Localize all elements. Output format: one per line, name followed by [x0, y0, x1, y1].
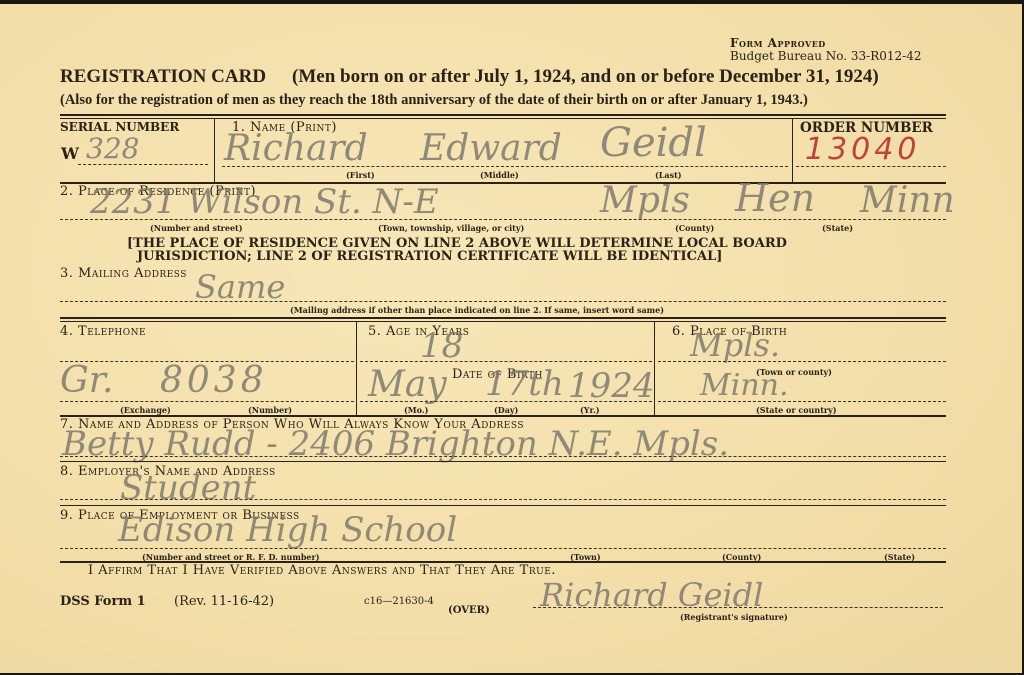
state-country-caption: (State or country)	[756, 405, 837, 415]
employment-value: Edison High School	[118, 510, 457, 550]
divider	[60, 118, 946, 119]
employer-value: Student	[120, 468, 256, 508]
number-caption: (Number)	[248, 405, 292, 415]
order-value: 13040	[805, 132, 920, 167]
field-line	[658, 361, 946, 362]
middle-caption: (Middle)	[480, 170, 519, 180]
residence-town: Mpls	[600, 180, 690, 221]
divider	[60, 461, 946, 462]
field-line	[796, 166, 946, 167]
mailing-caption: (Mailing address if other than place ind…	[290, 305, 664, 315]
telephone-number: 8038	[160, 360, 268, 401]
residence-notice-2: JURISDICTION; LINE 2 OF REGISTRATION CER…	[137, 249, 722, 264]
town-caption: (Town, township, village, or city)	[378, 223, 524, 233]
field-line	[60, 219, 946, 220]
divider	[654, 321, 655, 415]
state-caption: (State)	[822, 223, 853, 233]
form-id: DSS Form 1	[60, 594, 146, 609]
affirmation: I Affirm That I Have Verified Above Answ…	[88, 563, 556, 578]
signature-line	[533, 607, 943, 608]
also-line: (Also for the registration of men as the…	[60, 92, 808, 109]
exchange-caption: (Exchange)	[120, 405, 171, 415]
telephone-exchange: Gr.	[60, 360, 113, 401]
field-line	[60, 301, 946, 302]
card-subtitle: (Men born on or after July 1, 1924, and …	[292, 66, 879, 88]
field-line	[658, 401, 946, 402]
dob-day: 17th	[485, 364, 564, 404]
divider	[792, 118, 793, 182]
mailing-label: 3. Mailing Address	[60, 266, 187, 281]
serial-prefix: W	[61, 144, 79, 163]
telephone-label: 4. Telephone	[60, 324, 146, 339]
residence-state: Minn	[860, 180, 955, 221]
field-line	[360, 401, 652, 402]
name-first: Richard	[224, 128, 368, 169]
field-line	[60, 456, 946, 457]
name-middle: Edward	[420, 128, 562, 169]
form-approved: Form Approved	[730, 36, 826, 50]
divider	[60, 505, 946, 506]
field-line	[360, 361, 652, 362]
field-line	[78, 164, 208, 165]
last-caption: (Last)	[655, 170, 682, 180]
year-caption: (Yr.)	[580, 405, 600, 415]
signature-caption: (Registrant's signature)	[680, 612, 788, 622]
divider	[356, 321, 357, 415]
over-label: (OVER)	[448, 605, 490, 616]
birthplace-town: Mpls.	[690, 326, 780, 364]
field-line	[60, 499, 946, 500]
first-caption: (First)	[346, 170, 375, 180]
county-caption: (County)	[675, 223, 714, 233]
dob-year: 1924	[568, 366, 655, 406]
name-last: Geidl	[600, 120, 707, 166]
serial-value: 328	[86, 132, 139, 165]
field-line	[60, 548, 946, 549]
residence-street: 2231 Wilson St. N-E	[90, 182, 439, 222]
field-line	[222, 166, 788, 167]
form-rev: (Rev. 11-16-42)	[174, 594, 274, 609]
divider	[60, 321, 946, 322]
form-code: c16—21630-4	[364, 596, 434, 607]
contact-value: Betty Rudd - 2406 Brighton N.E. Mpls.	[62, 424, 729, 464]
residence-county: Hen	[735, 176, 815, 220]
birthplace-state: Minn.	[700, 368, 789, 403]
divider	[60, 114, 946, 116]
budget-bureau: Budget Bureau No. 33-R012-42	[730, 49, 921, 63]
field-line	[60, 401, 354, 402]
street-caption: (Number and street)	[150, 223, 243, 233]
day-caption: (Day)	[494, 405, 518, 415]
dob-month: May	[368, 364, 447, 405]
card-title: REGISTRATION CARD	[60, 66, 266, 88]
divider	[214, 118, 215, 182]
registration-card: Form Approved Budget Bureau No. 33-R012-…	[0, 4, 1022, 673]
age-value: 18	[420, 326, 463, 366]
divider	[60, 317, 946, 319]
registrant-signature: Richard Geidl	[540, 576, 763, 614]
month-caption: (Mo.)	[404, 405, 428, 415]
